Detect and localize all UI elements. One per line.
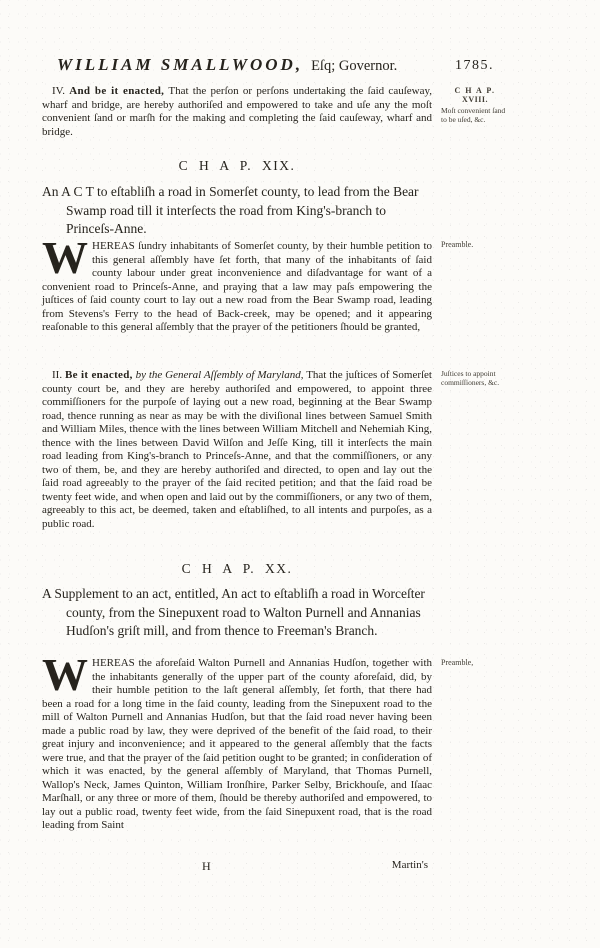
chapter-xx-title-block: A Supplement to an act, entitled, An act… <box>42 585 432 641</box>
governor-name: WILLIAM SMALLWOOD, <box>57 55 303 74</box>
drop-cap-initial: W <box>42 657 92 696</box>
preamble-xix-block: WHEREAS ſundry inhabitants of Somerſet c… <box>42 240 432 335</box>
section-number: II. <box>52 369 62 381</box>
section-body-text: That the juſtices of Somerſet county cou… <box>42 369 432 530</box>
section-ii-paragraph: II. Be it enacted, by the General Aſſemb… <box>42 369 432 531</box>
preamble-xx-block: WHEREAS the aforeſaid Walton Purnell and… <box>42 657 432 833</box>
preamble-xix-paragraph: WHEREAS ſundry inhabitants of Somerſet c… <box>42 240 432 335</box>
section-ii-block: II. Be it enacted, by the General Aſſemb… <box>42 369 432 531</box>
chapter-xix-title: An A C T to eſtabliſh a road in Somerſet… <box>42 183 432 239</box>
margin-note-text: Juſtices to appoint commiſſioners, &c. <box>441 369 505 387</box>
governor-title: Eſq; Governor. <box>311 58 397 74</box>
section-iv-paragraph: IV. And be it enacted, That the perſon o… <box>42 85 432 139</box>
chapter-xx-title: A Supplement to an act, entitled, An act… <box>42 585 432 641</box>
assembly-authority-phrase: by the General Aſſembly of Maryland, <box>136 369 304 381</box>
preamble-text: HEREAS the aforeſaid Walton Purnell and … <box>42 657 432 831</box>
margin-chap-number: XVIII. <box>441 95 509 104</box>
margin-note-text: Preamble. <box>441 240 509 249</box>
enacting-clause: Be it enacted, <box>65 369 133 381</box>
preamble-text: HEREAS ſundry inhabitants of Somerſet co… <box>42 240 432 333</box>
chapter-xix-heading-block: C H A P. XIX. <box>42 158 432 174</box>
running-head: WILLIAM SMALLWOOD, Eſq; Governor. <box>57 55 397 75</box>
catchword: Martin's <box>392 859 428 871</box>
preamble-xx-paragraph: WHEREAS the aforeſaid Walton Purnell and… <box>42 657 432 833</box>
chapter-xix-title-block: An A C T to eſtabliſh a road in Somerſet… <box>42 183 432 239</box>
margin-chap-label: C H A P. <box>441 86 509 95</box>
margin-note-justices: Juſtices to appoint commiſſioners, &c. <box>441 369 505 387</box>
scanned-statute-page: WILLIAM SMALLWOOD, Eſq; Governor. 1785. … <box>0 0 600 948</box>
signature-mark: H <box>202 859 212 874</box>
enacting-clause: And be it enacted, <box>69 85 164 97</box>
margin-note-preamble-xix: Preamble. <box>441 240 509 249</box>
section-iv-block: IV. And be it enacted, That the perſon o… <box>42 85 432 139</box>
chapter-xx-heading-block: C H A P. XX. <box>42 561 432 577</box>
drop-cap-initial: W <box>42 240 92 279</box>
margin-note-text: Moſt convenient ſand to be uſed, &c. <box>441 106 509 124</box>
section-number: IV. <box>52 85 65 97</box>
chapter-xix-heading: C H A P. XIX. <box>42 158 432 174</box>
chapter-xx-heading: C H A P. XX. <box>42 561 432 577</box>
margin-note-preamble-xx: Preamble, <box>441 658 509 667</box>
page-year: 1785. <box>455 58 494 74</box>
margin-note-text: Preamble, <box>441 658 509 667</box>
margin-note-chap-xviii: C H A P. XVIII. Moſt convenient ſand to … <box>441 86 509 124</box>
